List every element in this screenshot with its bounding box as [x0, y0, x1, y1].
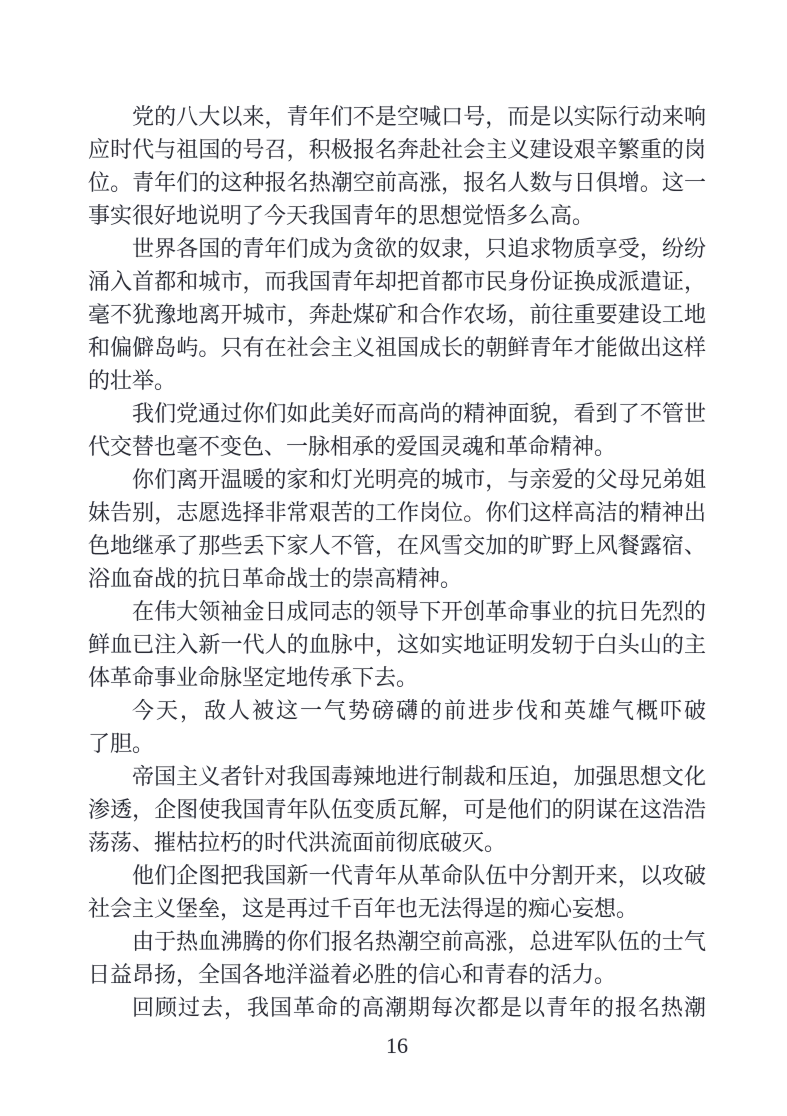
text-line: 代交替也毫不变色、一脉相承的爱国灵魂和革命精神。	[88, 430, 706, 463]
document-page: 党的八大以来，青年们不是空喊口号，而是以实际行动来响应时代与祖国的号召，积极报名…	[0, 0, 787, 1116]
text-line: 今天，敌人被这一气势磅礴的前进步伐和英雄气概吓破	[88, 694, 706, 727]
text-line: 你们离开温暖的家和灯光明亮的城市，与亲爱的父母兄弟姐	[88, 463, 706, 496]
text-line: 浴血奋战的抗日革命战士的崇高精神。	[88, 562, 706, 595]
text-line: 涌入首都和城市，而我国青年却把首都市民身份证换成派遣证，	[88, 265, 706, 298]
text-line: 社会主义堡垒，这是再过千百年也无法得逞的痴心妄想。	[88, 892, 706, 925]
text-line: 由于热血沸腾的你们报名热潮空前高涨，总进军队伍的士气	[88, 925, 706, 958]
text-line: 位。青年们的这种报名热潮空前高涨，报名人数与日俱增。这一	[88, 166, 706, 199]
text-line: 他们企图把我国新一代青年从革命队伍中分割开来，以攻破	[88, 859, 706, 892]
text-line: 鲜血已注入新一代人的血脉中，这如实地证明发轫于白头山的主	[88, 628, 706, 661]
text-line: 渗透，企图使我国青年队伍变质瓦解，可是他们的阴谋在这浩浩	[88, 793, 706, 826]
text-line: 回顾过去，我国革命的高潮期每次都是以青年的报名热潮	[88, 991, 706, 1024]
text-line: 应时代与祖国的号召，积极报名奔赴社会主义建设艰辛繁重的岗	[88, 133, 706, 166]
text-line: 帝国主义者针对我国毒辣地进行制裁和压迫，加强思想文化	[88, 760, 706, 793]
text-line: 事实很好地说明了今天我国青年的思想觉悟多么高。	[88, 199, 706, 232]
page-number: 16	[88, 1032, 706, 1060]
text-line: 荡荡、摧枯拉朽的时代洪流面前彻底破灭。	[88, 826, 706, 859]
text-line: 的壮举。	[88, 364, 706, 397]
text-line: 了胆。	[88, 727, 706, 760]
body-text: 党的八大以来，青年们不是空喊口号，而是以实际行动来响应时代与祖国的号召，积极报名…	[88, 100, 706, 1024]
text-line: 和偏僻岛屿。只有在社会主义祖国成长的朝鲜青年才能做出这样	[88, 331, 706, 364]
text-line: 在伟大领袖金日成同志的领导下开创革命事业的抗日先烈的	[88, 595, 706, 628]
text-line: 毫不犹豫地离开城市，奔赴煤矿和合作农场，前往重要建设工地	[88, 298, 706, 331]
text-line: 党的八大以来，青年们不是空喊口号，而是以实际行动来响	[88, 100, 706, 133]
text-line: 体革命事业命脉坚定地传承下去。	[88, 661, 706, 694]
text-line: 我们党通过你们如此美好而高尚的精神面貌，看到了不管世	[88, 397, 706, 430]
text-line: 色地继承了那些丢下家人不管，在风雪交加的旷野上风餐露宿、	[88, 529, 706, 562]
text-line: 日益昂扬，全国各地洋溢着必胜的信心和青春的活力。	[88, 958, 706, 991]
text-line: 世界各国的青年们成为贪欲的奴隶，只追求物质享受，纷纷	[88, 232, 706, 265]
text-line: 妹告别，志愿选择非常艰苦的工作岗位。你们这样高洁的精神出	[88, 496, 706, 529]
